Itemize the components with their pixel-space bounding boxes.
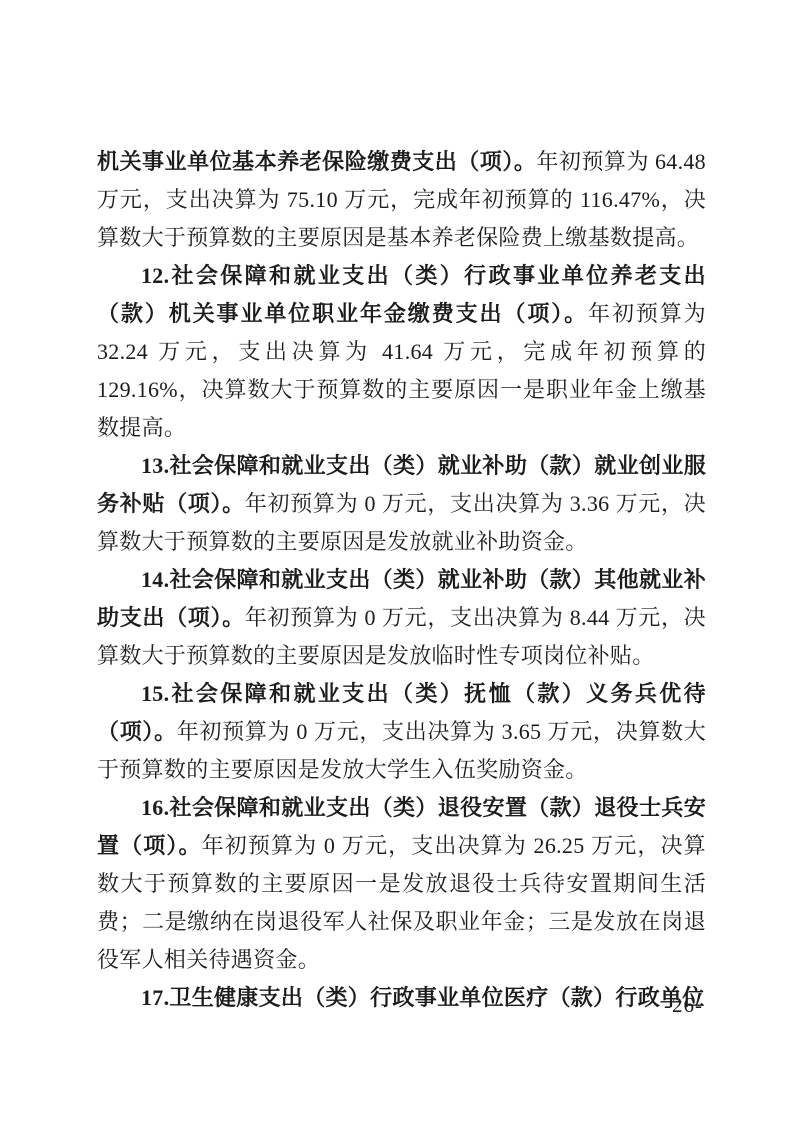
paragraph-lead: 17.卫生健康支出（类）行政事业单位医疗（款）行政单位 — [141, 985, 705, 1010]
paragraph-body: 年初预算为 0 万元，支出决算为 3.65 万元，决算数大于预算数的主要原因是发… — [97, 719, 706, 782]
paragraph-15: 15.社会保障和就业支出（类）抚恤（款）义务兵优待（项）。年初预算为 0 万元，… — [97, 675, 706, 789]
paragraph-14: 14.社会保障和就业支出（类）就业补助（款）其他就业补助支出（项）。年初预算为 … — [97, 561, 706, 675]
document-page: 机关事业单位基本养老保险缴费支出（项）。年初预算为 64.48 万元，支出决算为… — [0, 0, 793, 1122]
document-body: 机关事业单位基本养老保险缴费支出（项）。年初预算为 64.48 万元，支出决算为… — [97, 143, 706, 1017]
paragraph-lead: 机关事业单位基本养老保险缴费支出（项）。 — [97, 149, 536, 174]
page-number: -26- — [664, 993, 703, 1018]
paragraph-17: 17.卫生健康支出（类）行政事业单位医疗（款）行政单位 — [97, 979, 706, 1017]
paragraph-11-continuation: 机关事业单位基本养老保险缴费支出（项）。年初预算为 64.48 万元，支出决算为… — [97, 143, 706, 257]
paragraph-13: 13.社会保障和就业支出（类）就业补助（款）就业创业服务补贴（项）。年初预算为 … — [97, 447, 706, 561]
paragraph-12: 12.社会保障和就业支出（类）行政事业单位养老支出（款）机关事业单位职业年金缴费… — [97, 257, 706, 447]
paragraph-16: 16.社会保障和就业支出（类）退役安置（款）退役士兵安置（项）。年初预算为 0 … — [97, 789, 706, 979]
